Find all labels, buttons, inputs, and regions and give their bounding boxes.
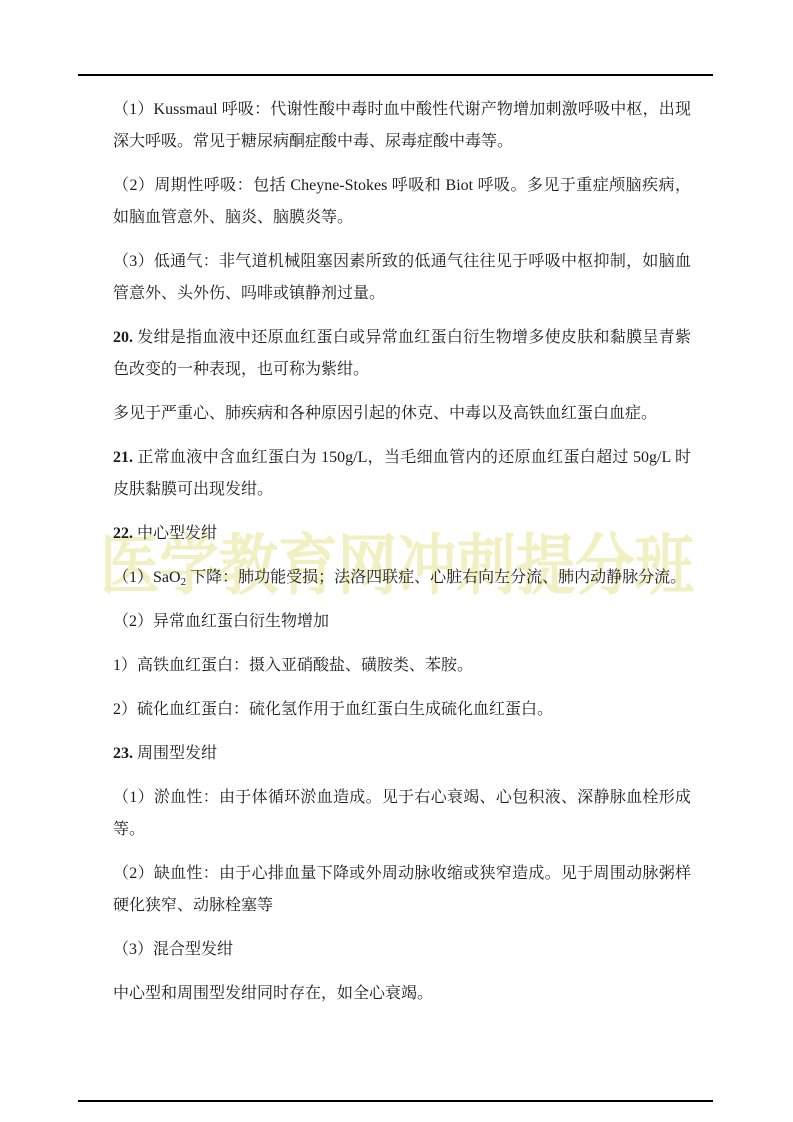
- paragraph-text: （1）SaO: [113, 569, 181, 586]
- paragraph-text: 2）硫化血红蛋白：硫化氢作用于血红蛋白生成硫化血红蛋白。: [113, 701, 553, 718]
- paragraph-text: （2）周期性呼吸：包括 Cheyne-Stokes 呼吸和 Biot 呼吸。多见…: [113, 177, 691, 226]
- paragraph: 1）高铁血红蛋白：摄入亚硝酸盐、磺胺类、苯胺。: [113, 650, 691, 682]
- paragraph-text: 正常血液中含血红蛋白为 150g/L，当毛细血管内的还原血红蛋白超过 50g/L…: [113, 449, 691, 498]
- paragraph-text: 中心型和周围型发绀同时存在，如全心衰竭。: [113, 985, 433, 1002]
- paragraph-text: （1）淤血性：由于体循环淤血造成。见于右心衰竭、心包积液、深静脉血栓形成等。: [113, 789, 691, 838]
- paragraph-text: 发绀是指血液中还原血红蛋白或异常血红蛋白衍生物增多使皮肤和黏膜呈青紫色改变的一种…: [113, 329, 691, 378]
- paragraph: （1）SaO2 下降：肺功能受损；法洛四联症、心脏右向左分流、肺内动静脉分流。: [113, 562, 691, 594]
- paragraph-text: （3）低通气：非气道机械阻塞因素所致的低通气往往见于呼吸中枢抑制，如脑血管意外、…: [113, 253, 691, 302]
- paragraph-text: 1）高铁血红蛋白：摄入亚硝酸盐、磺胺类、苯胺。: [113, 657, 473, 674]
- paragraph-number: 21.: [113, 449, 133, 466]
- paragraph: （2）缺血性：由于心排血量下降或外周动脉收缩或狭窄造成。见于周围动脉粥样硬化狭窄…: [113, 858, 691, 922]
- paragraph: 21. 正常血液中含血红蛋白为 150g/L，当毛细血管内的还原血红蛋白超过 5…: [113, 442, 691, 506]
- paragraph: （3）混合型发绀: [113, 934, 691, 966]
- paragraph-text: 下降：肺功能受损；法洛四联症、心脏右向左分流、肺内动静脉分流。: [186, 569, 686, 586]
- paragraph: （2）异常血红蛋白衍生物增加: [113, 606, 691, 638]
- paragraph-number: 20.: [113, 329, 133, 346]
- paragraph: 20. 发绀是指血液中还原血红蛋白或异常血红蛋白衍生物增多使皮肤和黏膜呈青紫色改…: [113, 322, 691, 386]
- paragraph: 22. 中心型发绀: [113, 518, 691, 550]
- footer-rule: [78, 1100, 713, 1102]
- document-body: （1）Kussmaul 呼吸：代谢性酸中毒时血中酸性代谢产物增加刺激呼吸中枢，出…: [113, 94, 691, 1022]
- paragraph-number: 22.: [113, 525, 133, 542]
- paragraph: （1）淤血性：由于体循环淤血造成。见于右心衰竭、心包积液、深静脉血栓形成等。: [113, 782, 691, 846]
- paragraph: （3）低通气：非气道机械阻塞因素所致的低通气往往见于呼吸中枢抑制，如脑血管意外、…: [113, 246, 691, 310]
- paragraph: 2）硫化血红蛋白：硫化氢作用于血红蛋白生成硫化血红蛋白。: [113, 694, 691, 726]
- paragraph-text: 中心型发绀: [133, 525, 217, 542]
- paragraph-text: （3）混合型发绀: [113, 941, 233, 958]
- paragraph-text: （2）缺血性：由于心排血量下降或外周动脉收缩或狭窄造成。见于周围动脉粥样硬化狭窄…: [113, 865, 691, 914]
- paragraph: 23. 周围型发绀: [113, 738, 691, 770]
- paragraph-text: 周围型发绀: [133, 745, 217, 762]
- paragraph-text: （2）异常血红蛋白衍生物增加: [113, 613, 329, 630]
- paragraph-number: 23.: [113, 745, 133, 762]
- paragraph: （1）Kussmaul 呼吸：代谢性酸中毒时血中酸性代谢产物增加刺激呼吸中枢，出…: [113, 94, 691, 158]
- paragraph: （2）周期性呼吸：包括 Cheyne-Stokes 呼吸和 Biot 呼吸。多见…: [113, 170, 691, 234]
- paragraph: 多见于严重心、肺疾病和各种原因引起的休克、中毒以及高铁血红蛋白血症。: [113, 398, 691, 430]
- header-rule: [78, 74, 713, 76]
- paragraph: 中心型和周围型发绀同时存在，如全心衰竭。: [113, 978, 691, 1010]
- paragraph-text: （1）Kussmaul 呼吸：代谢性酸中毒时血中酸性代谢产物增加刺激呼吸中枢，出…: [113, 101, 691, 150]
- document-page: 医学教育网冲刺提分班 （1）Kussmaul 呼吸：代谢性酸中毒时血中酸性代谢产…: [0, 0, 793, 1122]
- paragraph-text: 多见于严重心、肺疾病和各种原因引起的休克、中毒以及高铁血红蛋白血症。: [113, 405, 657, 422]
